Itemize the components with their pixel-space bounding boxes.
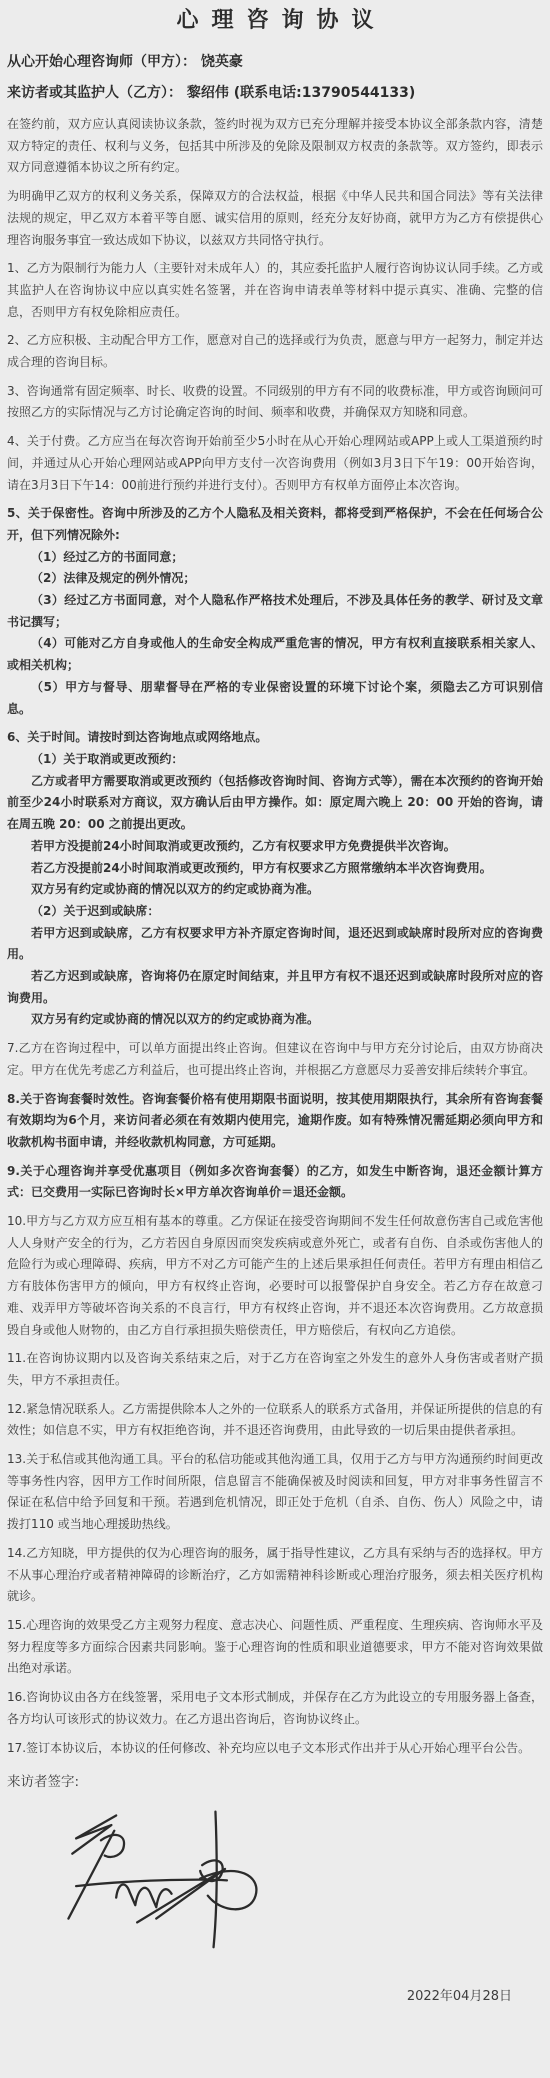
clause-subline: （1）经过乙方的书面同意； bbox=[7, 547, 543, 569]
clause-text: 3、咨询通常有固定频率、时长、收费的设置。不同级别的甲方有不同的收费标准，甲方或… bbox=[7, 381, 543, 424]
agreement-document: 心理咨询协议 从心开始心理咨询师（甲方）： 饶英豪 来访者或其监护人（乙方）： … bbox=[0, 6, 550, 2006]
clause: 10.甲方与乙方双方应互相有基本的尊重。乙方保证在接受咨询期间不发生任何故意伤害… bbox=[7, 1211, 543, 1341]
signature-drawing bbox=[57, 1801, 267, 1956]
clause: 9.关于心理咨询并享受优惠项目（例如多次咨询套餐）的乙方，如发生中断咨询，退还金… bbox=[7, 1161, 543, 1204]
clause-text: 5、关于保密性。咨询中所涉及的乙方个人隐私及相关资料，都将受到严格保护，不会在任… bbox=[7, 503, 543, 546]
clause: 7.乙方在咨询过程中，可以单方面提出终止咨询。但建议在咨询中与甲方充分讨论后，由… bbox=[7, 1038, 543, 1081]
clause-text: 7.乙方在咨询过程中，可以单方面提出终止咨询。但建议在咨询中与甲方充分讨论后，由… bbox=[7, 1038, 543, 1081]
visitor-signature bbox=[57, 1801, 267, 1956]
clause-text: 8.关于咨询套餐时效性。咨询套餐价格有使用期限书面说明，按其使用期限执行，其余所… bbox=[7, 1089, 543, 1154]
clause-text: 11.在咨询协议期内以及咨询关系结束之后，对于乙方在咨询室之外发生的意外人身伤害… bbox=[7, 1348, 543, 1391]
clause: 8.关于咨询套餐时效性。咨询套餐价格有使用期限书面说明，按其使用期限执行，其余所… bbox=[7, 1089, 543, 1154]
clause: 4、关于付费。乙方应当在每次咨询开始前至少5小时在从心开始心理网站或APP上或人… bbox=[7, 431, 543, 496]
clause-subline: （2）法律及规定的例外情况； bbox=[7, 568, 543, 590]
clause-subline: 若甲方迟到或缺席，乙方有权要求甲方补齐原定咨询时间，退还迟到或缺席时段所对应的咨… bbox=[7, 923, 543, 966]
clause-subline: 乙方或者甲方需要取消或更改预约（包括修改咨询时间、咨询方式等），需在本次预约的咨… bbox=[7, 771, 543, 836]
clause: 11.在咨询协议期内以及咨询关系结束之后，对于乙方在咨询室之外发生的意外人身伤害… bbox=[7, 1348, 543, 1391]
clause-text: 在签约前，双方应认真阅读协议条款，签约时视为双方已充分理解并接受本协议全部条款内… bbox=[7, 114, 543, 179]
clause-text: 6、关于时间。请按时到达咨询地点或网络地点。 bbox=[7, 727, 543, 749]
clause-text: 9.关于心理咨询并享受优惠项目（例如多次咨询套餐）的乙方，如发生中断咨询，退还金… bbox=[7, 1161, 543, 1204]
clause-text: 1、乙方为限制行为能力人（主要针对未成年人）的，其应委托监护人履行咨询协议认同手… bbox=[7, 258, 543, 323]
clause-text: 为明确甲乙双方的权利义务关系，保障双方的合法权益，根据《中华人民共和国合同法》等… bbox=[7, 186, 543, 251]
clause-subline: （3）经过乙方书面同意，对个人隐私作严格技术处理后，不涉及具体任务的教学、研讨及… bbox=[7, 590, 543, 633]
clause-subline: （5）甲方与督导、朋辈督导在严格的专业保密设置的环境下讨论个案，须隐去乙方可识别… bbox=[7, 677, 543, 720]
clause: 14.乙方知晓，甲方提供的仅为心理咨询的服务，属于指导性建议，乙方具有采纳与否的… bbox=[7, 1543, 543, 1608]
clause-text: 13.关于私信或其他沟通工具。平台的私信功能或其他沟通工具，仅用于乙方与甲方沟通… bbox=[7, 1449, 543, 1536]
page-title: 心理咨询协议 bbox=[7, 6, 543, 36]
party-b-line: 来访者或其监护人（乙方）： 黎绍伟 (联系电话:13790544133) bbox=[7, 83, 543, 103]
clause: 为明确甲乙双方的权利义务关系，保障双方的合法权益，根据《中华人民共和国合同法》等… bbox=[7, 186, 543, 251]
clause: 2、乙方应积极、主动配合甲方工作，愿意对自己的选择或行为负责，愿意与甲方一起努力… bbox=[7, 330, 543, 373]
clause-subline: 双方另有约定或协商的情况以双方的约定或协商为准。 bbox=[7, 1009, 543, 1031]
clause: 在签约前，双方应认真阅读协议条款，签约时视为双方已充分理解并接受本协议全部条款内… bbox=[7, 114, 543, 179]
signature-label: 来访者签字: bbox=[7, 1772, 543, 1792]
clause-text: 14.乙方知晓，甲方提供的仅为心理咨询的服务，属于指导性建议，乙方具有采纳与否的… bbox=[7, 1543, 543, 1608]
clause: 13.关于私信或其他沟通工具。平台的私信功能或其他沟通工具，仅用于乙方与甲方沟通… bbox=[7, 1449, 543, 1536]
clause: 16.咨询协议由各方在线签署，采用电子文本形式制成，并保存在乙方为此设立的专用服… bbox=[7, 1687, 543, 1730]
clauses-container: 在签约前，双方应认真阅读协议条款，签约时视为双方已充分理解并接受本协议全部条款内… bbox=[7, 114, 543, 1759]
clause: 17.签订本协议后，本协议的任何修改、补充均应以电子文本形式作出并于从心开始心理… bbox=[7, 1738, 543, 1760]
clause-subline: （1）关于取消或更改预约： bbox=[7, 749, 543, 771]
clause: 3、咨询通常有固定频率、时长、收费的设置。不同级别的甲方有不同的收费标准，甲方或… bbox=[7, 381, 543, 424]
clause-text: 17.签订本协议后，本协议的任何修改、补充均应以电子文本形式作出并于从心开始心理… bbox=[7, 1738, 543, 1760]
clause-subline: （4）可能对乙方自身或他人的生命安全构成严重危害的情况，甲方有权利直接联系相关家… bbox=[7, 633, 543, 676]
clause: 1、乙方为限制行为能力人（主要针对未成年人）的，其应委托监护人履行咨询协议认同手… bbox=[7, 258, 543, 323]
clause: 5、关于保密性。咨询中所涉及的乙方个人隐私及相关资料，都将受到严格保护，不会在任… bbox=[7, 503, 543, 720]
clause: 12.紧急情况联系人。乙方需提供除本人之外的一位联系人的联系方式备用，并保证所提… bbox=[7, 1399, 543, 1442]
party-a-line: 从心开始心理咨询师（甲方）： 饶英豪 bbox=[7, 52, 543, 72]
clause-text: 15.心理咨询的效果受乙方主观努力程度、意志决心、问题性质、严重程度、生理疾病、… bbox=[7, 1615, 543, 1680]
clause-text: 10.甲方与乙方双方应互相有基本的尊重。乙方保证在接受咨询期间不发生任何故意伤害… bbox=[7, 1211, 543, 1341]
clause-subline: （2）关于迟到或缺席： bbox=[7, 901, 543, 923]
signature-date: 2022年04月28日 bbox=[7, 1988, 543, 2006]
clause-subline: 若甲方没提前24小时间取消或更改预约，乙方有权要求甲方免费提供半次咨询。 bbox=[7, 836, 543, 858]
clause-text: 4、关于付费。乙方应当在每次咨询开始前至少5小时在从心开始心理网站或APP上或人… bbox=[7, 431, 543, 496]
clause: 6、关于时间。请按时到达咨询地点或网络地点。 （1）关于取消或更改预约：乙方或者… bbox=[7, 727, 543, 1031]
clause: 15.心理咨询的效果受乙方主观努力程度、意志决心、问题性质、严重程度、生理疾病、… bbox=[7, 1615, 543, 1680]
clause-subline: 双方另有约定或协商的情况以双方的约定或协商为准。 bbox=[7, 879, 543, 901]
clause-subline: 若乙方迟到或缺席，咨询将仍在原定时间结束，并且甲方有权不退还迟到或缺席时段所对应… bbox=[7, 966, 543, 1009]
clause-subline: 若乙方没提前24小时间取消或更改预约，甲方有权要求乙方照常缴纳本半次咨询费用。 bbox=[7, 858, 543, 880]
clause-text: 2、乙方应积极、主动配合甲方工作，愿意对自己的选择或行为负责，愿意与甲方一起努力… bbox=[7, 330, 543, 373]
clause-text: 16.咨询协议由各方在线签署，采用电子文本形式制成，并保存在乙方为此设立的专用服… bbox=[7, 1687, 543, 1730]
clause-text: 12.紧急情况联系人。乙方需提供除本人之外的一位联系人的联系方式备用，并保证所提… bbox=[7, 1399, 543, 1442]
